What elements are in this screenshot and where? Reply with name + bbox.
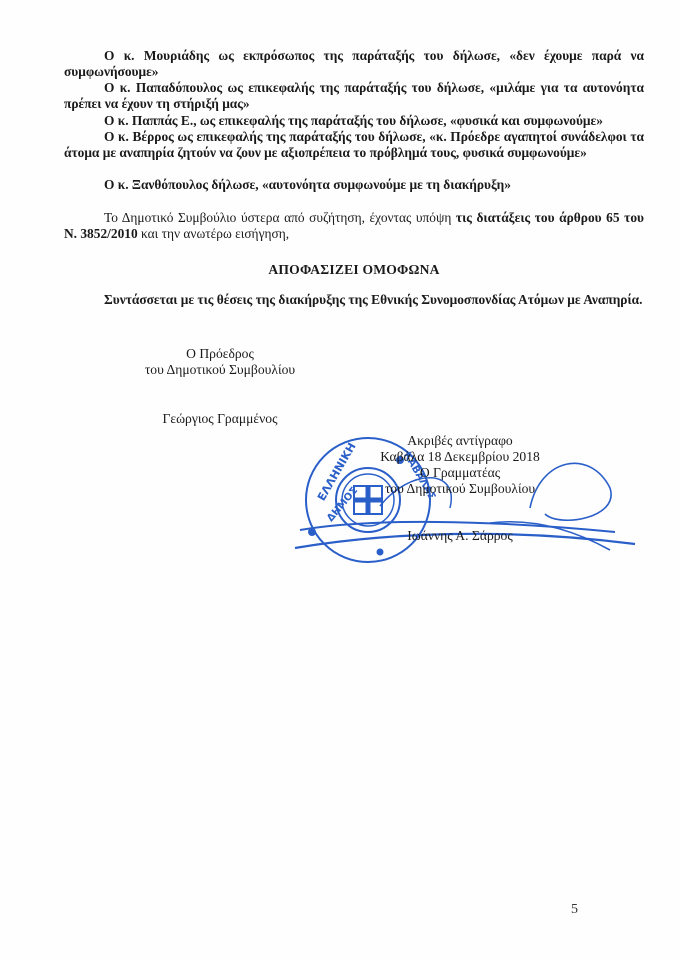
certification-date: Καβάλα 18 Δεκεμβρίου 2018 [360,449,560,465]
statement-verros: Ο κ. Βέρρος ως επικεφαλής της παράταξής … [64,129,644,160]
decision-heading: ΑΠΟΦΑΣΙΖΕΙ ΟΜΟΦΩΝΑ [64,262,644,278]
council-text-1: Το Δημοτικό Συμβούλιο ύστερα από συζήτησ… [104,210,456,225]
document-page: Ο κ. Μουριάδης ως εκπρόσωπος της παράταξ… [0,0,679,960]
certification-line-1: Ακριβές αντίγραφο [360,433,560,449]
council-paragraph: Το Δημοτικό Συμβούλιο ύστερα από συζήτησ… [64,210,644,241]
council-text-3: και την ανωτέρω εισήγηση, [138,226,289,241]
decision-text: Συντάσσεται με τις θέσεις της διακήρυξης… [64,292,644,308]
statement-mouriadis: Ο κ. Μουριάδης ως εκπρόσωπος της παράταξ… [64,48,644,79]
president-name: Γεώργιος Γραμμένος [120,411,320,427]
page-number: 5 [571,902,578,918]
president-title-2: του Δημοτικού Συμβουλίου [120,362,320,378]
secretary-title-1: Ο Γραμματέας [360,465,560,481]
secretary-name: Ιωάννης Α. Σάρρος [360,528,560,544]
statement-xanthopoulos: Ο κ. Ξανθόπουλος δήλωσε, «αυτονόητα συμφ… [64,177,644,193]
president-title-1: Ο Πρόεδρος [120,346,320,362]
statement-pappas: Ο κ. Παππάς Ε., ως επικεφαλής της παράτα… [64,113,644,129]
secretary-title-2: του Δημοτικού Συμβουλίου [360,481,560,497]
statement-papadopoulos: Ο κ. Παπαδόπουλος ως επικεφαλής της παρά… [64,80,644,111]
